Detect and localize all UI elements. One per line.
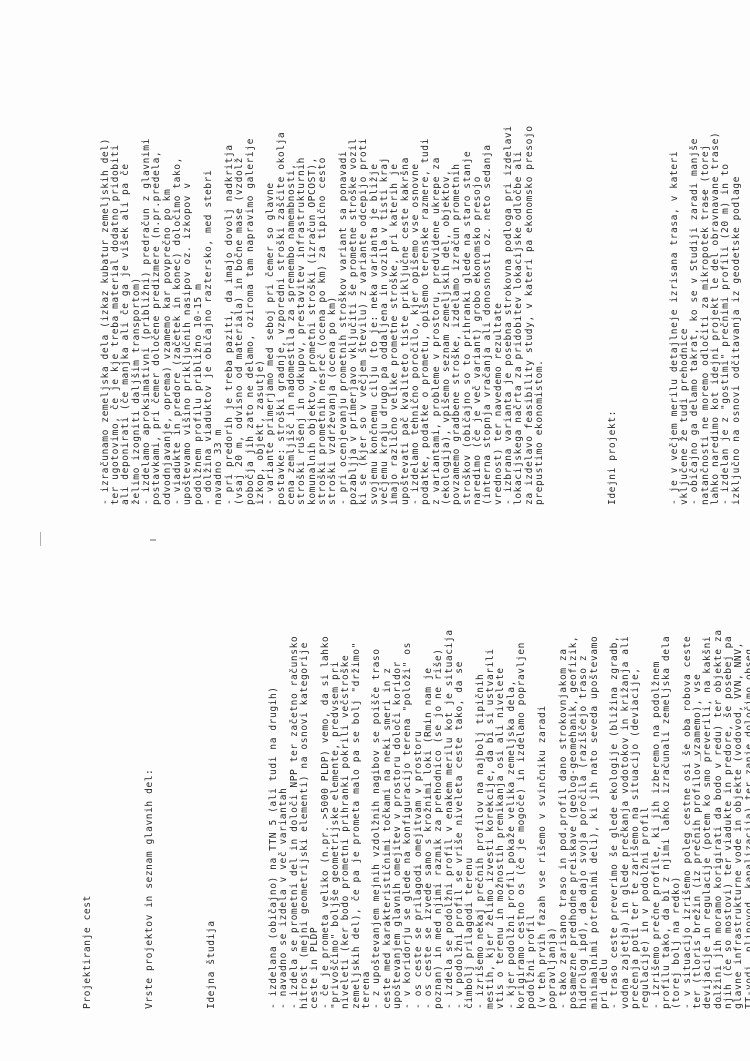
document-subtitle: Vrste projektov in seznam glavnih del: [145, 629, 155, 1009]
section-heading-idejna-studija: Idejna študija [207, 629, 217, 1009]
left-column-body: - izdelana (običajno) na TTN 5 (ali tudi… [269, 629, 750, 1009]
text-line: - traso ceste preverimo še glede ekologi… [610, 629, 620, 1009]
right-column-body-b: - je v večjem merilu detajlneje izrisana… [670, 125, 742, 505]
text-line: prepustimo ekonomistom. [535, 125, 545, 505]
left-text-column: Projektiranje cest Vrste projektov in se… [62, 629, 750, 1009]
scan-speck [720, 995, 721, 1001]
text-line: izključno na osnovi odčitavanja iz geode… [732, 125, 742, 505]
scanned-document-page: Projektiranje cest Vrste projektov in se… [0, 0, 750, 1061]
text-line: - variante primerjamo med seboj pri čeme… [266, 125, 276, 505]
document-title: Projektiranje cest [83, 629, 93, 1009]
right-text-column: - izračunamo zemeljska dela (izkaz kubat… [80, 125, 750, 505]
scan-speck [705, 191, 706, 201]
text-line: zemeljskih del), če pa je prometa malo p… [352, 629, 362, 1009]
text-line: TT-vodi, plinovod, kanalizacija) ter zan… [745, 629, 750, 1009]
section-heading-idejni-projekt: Idejni projekt: [608, 125, 618, 505]
right-column-body-a: - izračunamo zemeljska dela (izkaz kubat… [101, 125, 546, 505]
scan-speck [700, 753, 701, 761]
text-line: (vsaj 20 m, odvisno od materiala) in boč… [235, 125, 245, 505]
text-line: stroški rušenj in odkupov, prestavitev i… [297, 125, 307, 505]
scan-speck [150, 539, 156, 541]
scan-speck [40, 532, 41, 546]
text-line: minimalnimi potrebnimi deli), ki jih nat… [590, 629, 600, 1009]
text-line: hidrolog ipd), da dajo svoja poročila (r… [579, 629, 589, 1009]
text-line: popravljanja) [548, 629, 558, 1009]
text-line: - navadno se izdela v več variantah [279, 629, 289, 1009]
